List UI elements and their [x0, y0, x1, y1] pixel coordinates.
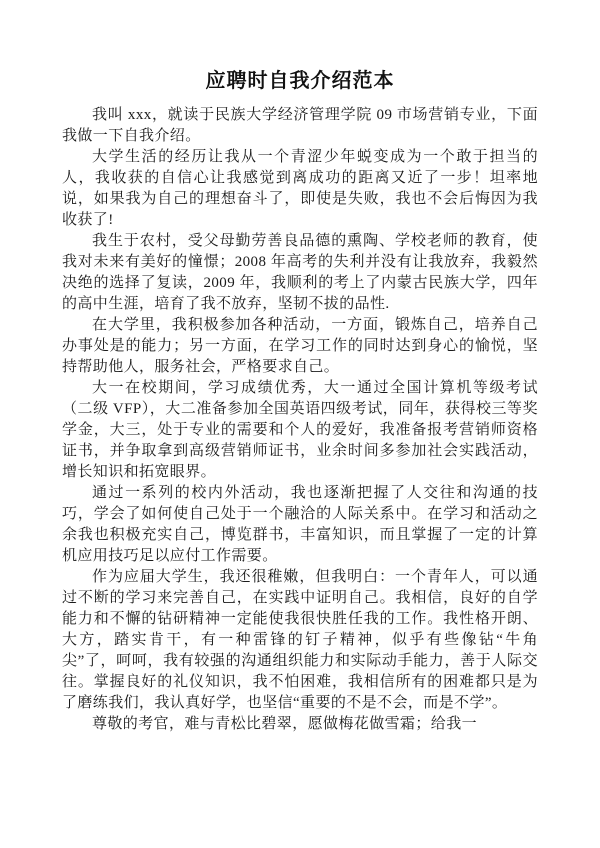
- paragraph: 尊敬的考官，难与青松比碧翠，愿做梅花做雪霜；给我一: [62, 714, 538, 735]
- paragraph: 我叫 xxx，就读于民族大学经济管理学院 09 市场营销专业，下面我做一下自我介…: [62, 105, 538, 147]
- paragraph: 我生于农村，受父母勤劳善良品德的熏陶、学校老师的教育，使我对未来有美好的憧憬；2…: [62, 231, 538, 315]
- paragraph: 大学生活的经历让我从一个青涩少年蜕变成为一个敢于担当的人，我收获的自信心让我感觉…: [62, 147, 538, 231]
- paragraph: 大一在校期间，学习成绩优秀，大一通过全国计算机等级考试（二级 VFP），大二准备…: [62, 378, 538, 483]
- paragraph: 作为应届大学生，我还很稚嫩，但我明白：一个青年人，可以通过不断的学习来完善自己，…: [62, 567, 538, 714]
- paragraph: 在大学里，我积极参加各种活动，一方面，锻炼自己，培养自己办事处是的能力；另一方面…: [62, 315, 538, 378]
- page-title: 应聘时自我介绍范本: [62, 70, 538, 92]
- paragraph: 通过一系列的校内外活动，我也逐渐把握了人交往和沟通的技巧，学会了如何使自己处于一…: [62, 483, 538, 567]
- document-page: 应聘时自我介绍范本 我叫 xxx，就读于民族大学经济管理学院 09 市场营销专业…: [0, 0, 600, 848]
- document-body: 我叫 xxx，就读于民族大学经济管理学院 09 市场营销专业，下面我做一下自我介…: [62, 105, 538, 735]
